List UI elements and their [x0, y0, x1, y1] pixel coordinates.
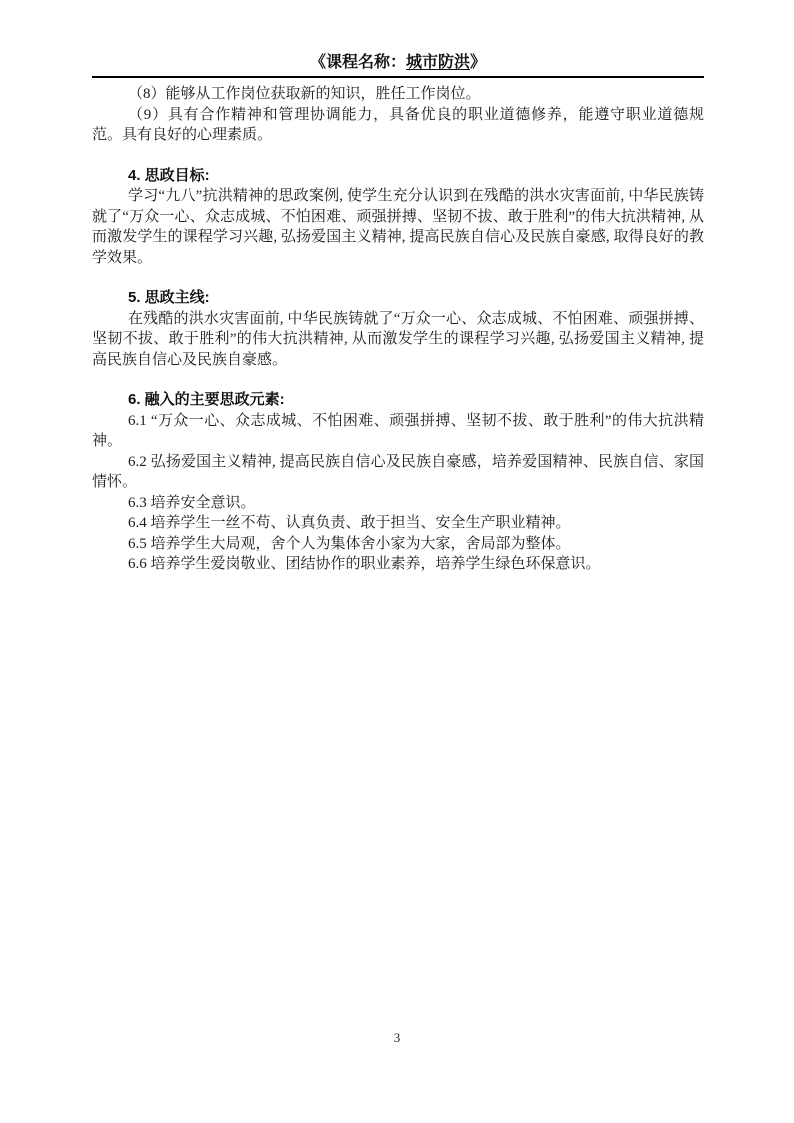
- course-name-underlined: 城市防洪: [406, 54, 470, 71]
- section-heading-5: 5. 思政主线:: [128, 288, 704, 309]
- section-5-body: 在残酷的洪水灾害面前, 中华民族铸就了“万众一心、众志成城、不怕困难、顽强拼搏、…: [92, 309, 704, 371]
- section-6-item-3: 6.3 培养安全意识。: [92, 493, 704, 514]
- paragraph-item-8: （8）能够从工作岗位获取新的知识，胜任工作岗位。: [92, 84, 704, 105]
- document-body: （8）能够从工作岗位获取新的知识，胜任工作岗位。 （9）具有合作精神和管理协调能…: [92, 84, 704, 575]
- section-6-item-4: 6.4 培养学生一丝不苟、认真负责、敢于担当、安全生产职业精神。: [92, 513, 704, 534]
- page-content: 《课程名称：城市防洪》 （8）能够从工作岗位获取新的知识，胜任工作岗位。 （9）…: [92, 52, 704, 575]
- section-6-item-1: 6.1 “万众一心、众志成城、不怕困难、顽强拼搏、坚韧不拔、敢于胜利”的伟大抗洪…: [92, 411, 704, 452]
- document-page: 《课程名称：城市防洪》 （8）能够从工作岗位获取新的知识，胜任工作岗位。 （9）…: [0, 0, 794, 1123]
- paragraph-item-9: （9）具有合作精神和管理协调能力，具备优良的职业道德修养，能遵守职业道德规范。具…: [92, 105, 704, 146]
- title-prefix: 《课程名称：: [310, 54, 406, 71]
- section-heading-6: 6. 融入的主要思政元素:: [128, 390, 704, 411]
- section-heading-4: 4. 思政目标:: [128, 166, 704, 187]
- page-title: 《课程名称：城市防洪》: [92, 52, 704, 73]
- section-6-item-5: 6.5 培养学生大局观，舍个人为集体舍小家为大家，舍局部为整体。: [92, 534, 704, 555]
- section-6-item-2: 6.2 弘扬爱国主义精神, 提高民族自信心及民族自豪感，培养爱国精神、民族自信、…: [92, 452, 704, 493]
- header-rule: [92, 76, 704, 78]
- section-6-item-6: 6.6 培养学生爱岗敬业、团结协作的职业素养，培养学生绿色环保意识。: [92, 554, 704, 575]
- page-number: 3: [0, 1030, 794, 1045]
- title-suffix: 》: [470, 54, 486, 71]
- section-4-body: 学习“九八”抗洪精神的思政案例, 使学生充分认识到在残酷的洪水灾害面前, 中华民…: [92, 186, 704, 268]
